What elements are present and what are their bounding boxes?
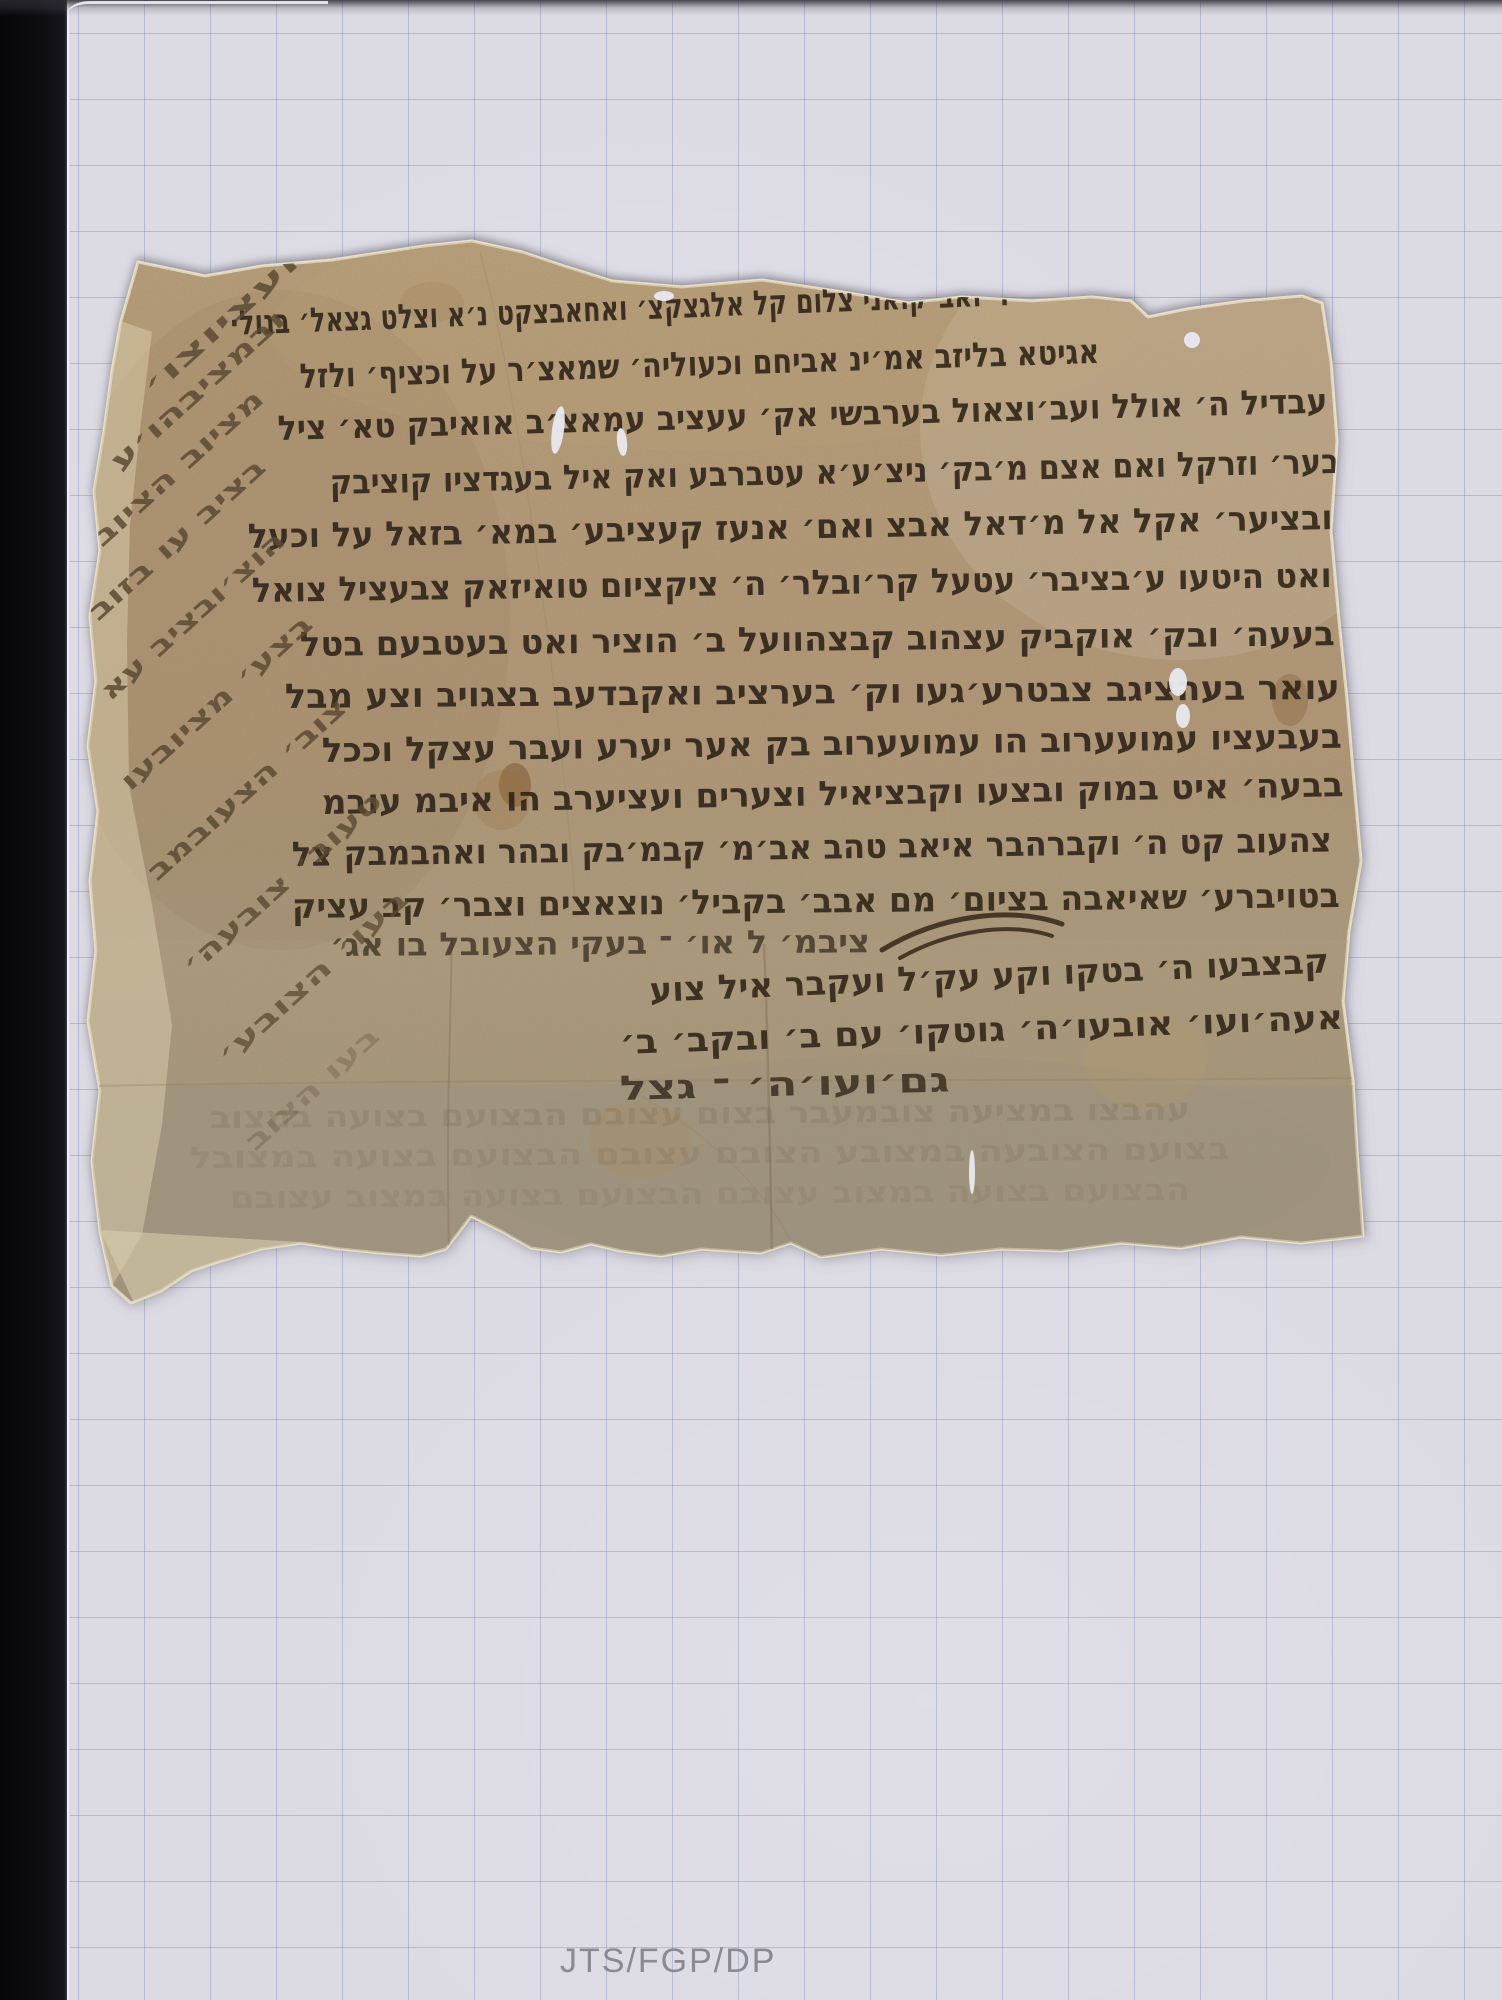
- hole: [969, 1150, 975, 1194]
- hole: [1169, 668, 1187, 696]
- parchment-detail-layer: עהבצו במציעה צובמעבר בצום עצובם הבצועם ב…: [50, 200, 1440, 1305]
- hole: [1176, 704, 1190, 728]
- manuscript-fragment: עהבצו במציעה צובמעבר בצום עצובם הבצועם ב…: [0, 0, 1502, 2000]
- hole: [1184, 332, 1200, 348]
- hole: [654, 291, 674, 301]
- parchment-group: עהבצו במציעה צובמעבר בצום עצובם הבצועם ב…: [50, 200, 1440, 1305]
- script-line: ציבמ׳ ל או׳ ־ בעקי הצעובל בו אג׳: [330, 922, 870, 964]
- watermark-text: JTS/FGP/DP: [560, 1942, 820, 1981]
- photographed-manuscript-page: עהבצו במציעה צובמעבר בצום עצובם הבצועם ב…: [0, 0, 1502, 2000]
- pale-edge-strip: [100, 1230, 300, 1305]
